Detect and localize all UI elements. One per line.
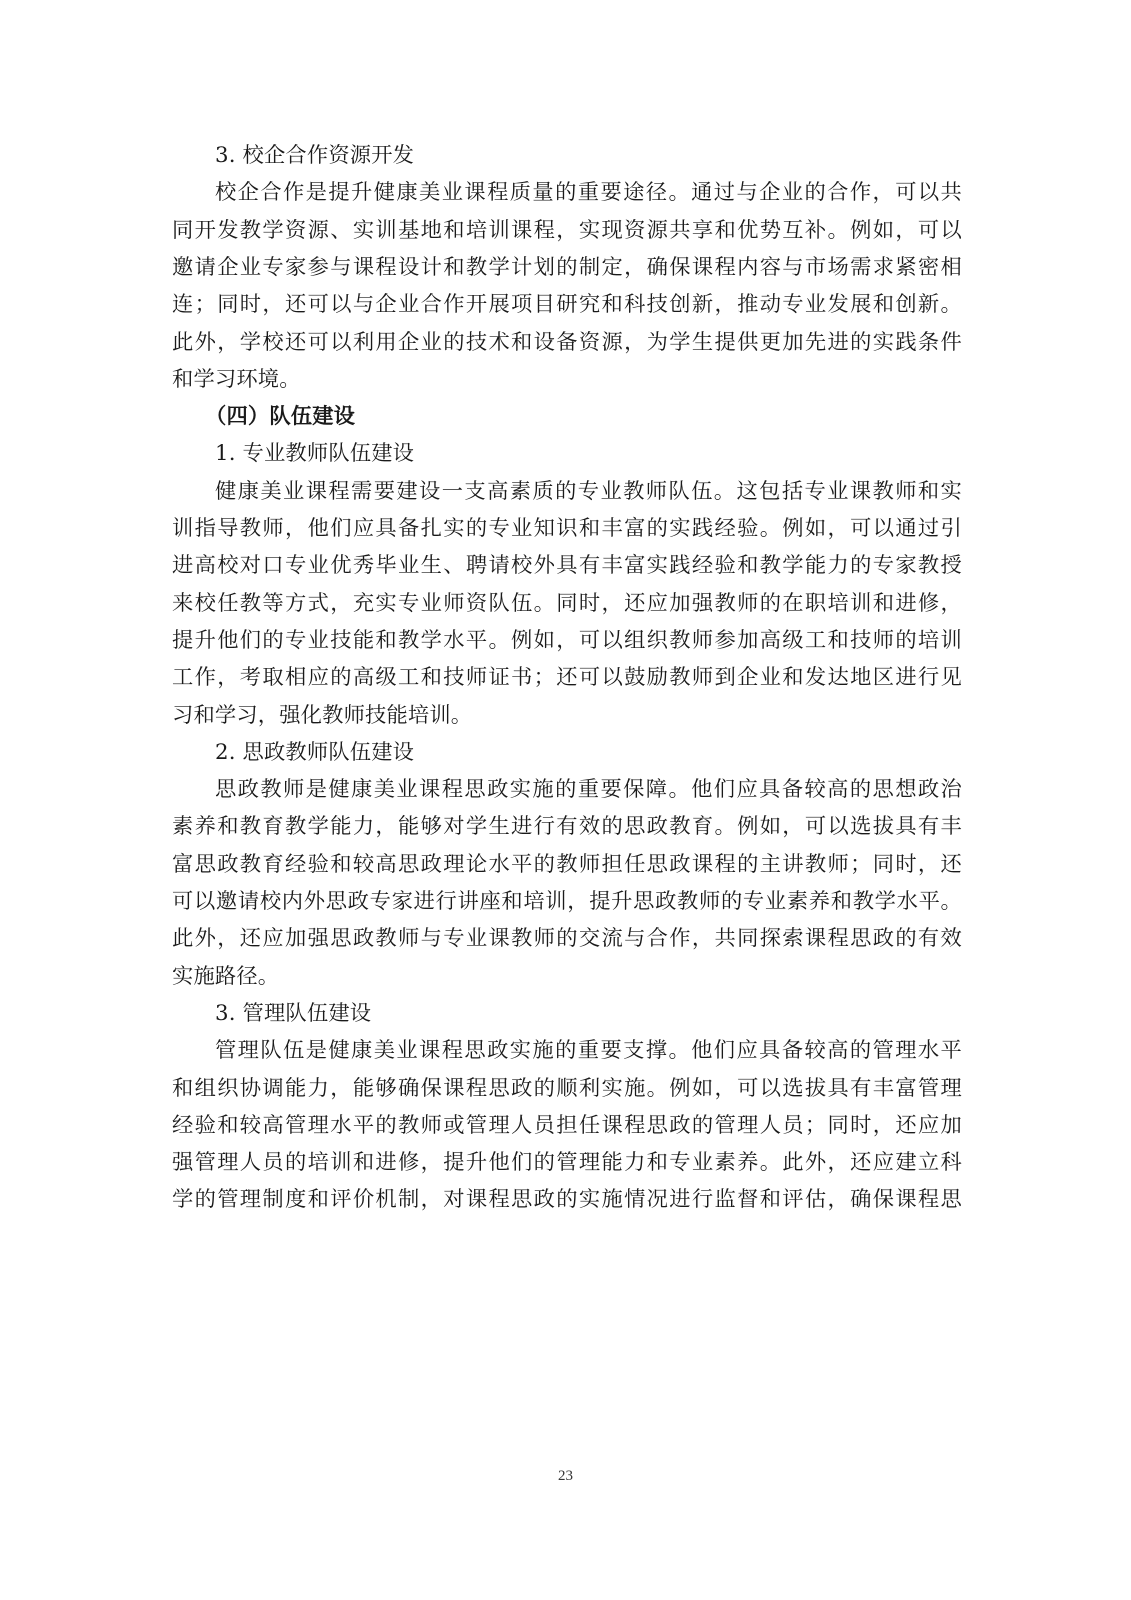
paragraph-line: 管理队伍是健康美业课程思政实施的重要支撑。他们应具备较高的管理水平 xyxy=(215,1038,962,1064)
paragraph-line: 来校任教等方式，充实专业师资队伍。同时，还应加强教师的在职培训和进修， xyxy=(172,591,962,617)
paragraph-line: 此外，还应加强思政教师与专业课教师的交流与合作，共同探索课程思政的有效 xyxy=(172,926,962,952)
paragraph-line: 习和学习，强化教师技能培训。 xyxy=(172,703,962,729)
paragraph-line: 连；同时，还可以与企业合作开展项目研究和科技创新，推动专业发展和创新。 xyxy=(172,292,962,318)
paragraph-line: 工作，考取相应的高级工和技师证书；还可以鼓励教师到企业和发达地区进行见 xyxy=(172,665,962,691)
paragraph-line: 此外，学校还可以利用企业的技术和设备资源，为学生提供更加先进的实践条件 xyxy=(172,330,962,356)
paragraph-line: 实施路径。 xyxy=(172,964,962,990)
paragraph-line: 同开发教学资源、实训基地和培训课程，实现资源共享和优势互补。例如，可以 xyxy=(172,218,962,244)
paragraph-line: 提升他们的专业技能和教学水平。例如，可以组织教师参加高级工和技师的培训 xyxy=(172,628,962,654)
paragraph-line: 训指导教师，他们应具备扎实的专业知识和丰富的实践经验。例如，可以通过引 xyxy=(172,516,962,542)
subheading-professional-teachers: 1. 专业教师队伍建设 xyxy=(215,441,1005,467)
paragraph-line: 校企合作是提升健康美业课程质量的重要途径。通过与企业的合作，可以共 xyxy=(215,180,962,206)
section-heading-team-building: （四）队伍建设 xyxy=(205,404,995,430)
paragraph-line: 素养和教育教学能力，能够对学生进行有效的思政教育。例如，可以选拔具有丰 xyxy=(172,814,962,840)
paragraph-line: 进高校对口专业优秀毕业生、聘请校外具有丰富实践经验和教学能力的专家教授 xyxy=(172,553,962,579)
paragraph-line: 学的管理制度和评价机制，对课程思政的实施情况进行监督和评估，确保课程思 xyxy=(172,1187,962,1213)
paragraph-line: 健康美业课程需要建设一支高素质的专业教师队伍。这包括专业课教师和实 xyxy=(215,479,962,505)
paragraph-line: 可以邀请校内外思政专家进行讲座和培训，提升思政教师的专业素养和教学水平。 xyxy=(172,889,962,915)
paragraph-line: 富思政教育经验和较高思政理论水平的教师担任思政课程的主讲教师；同时，还 xyxy=(172,852,962,878)
page-number: 23 xyxy=(0,1468,1131,1485)
subheading-ideological-teachers: 2. 思政教师队伍建设 xyxy=(215,740,1005,766)
paragraph-line: 思政教师是健康美业课程思政实施的重要保障。他们应具备较高的思想政治 xyxy=(215,777,962,803)
paragraph-line: 和学习环境。 xyxy=(172,367,962,393)
paragraph-line: 和组织协调能力，能够确保课程思政的顺利实施。例如，可以选拔具有丰富管理 xyxy=(172,1076,962,1102)
paragraph-line: 强管理人员的培训和进修，提升他们的管理能力和专业素养。此外，还应建立科 xyxy=(172,1150,962,1176)
subheading-management-team: 3. 管理队伍建设 xyxy=(215,1001,1005,1027)
document-page: 3. 校企合作资源开发 校企合作是提升健康美业课程质量的重要途径。通过与企业的合… xyxy=(0,0,1131,1600)
paragraph-line: 邀请企业专家参与课程设计和教学计划的制定，确保课程内容与市场需求紧密相 xyxy=(172,255,962,281)
subheading-school-enterprise: 3. 校企合作资源开发 xyxy=(215,143,1005,169)
paragraph-line: 经验和较高管理水平的教师或管理人员担任课程思政的管理人员；同时，还应加 xyxy=(172,1113,962,1139)
